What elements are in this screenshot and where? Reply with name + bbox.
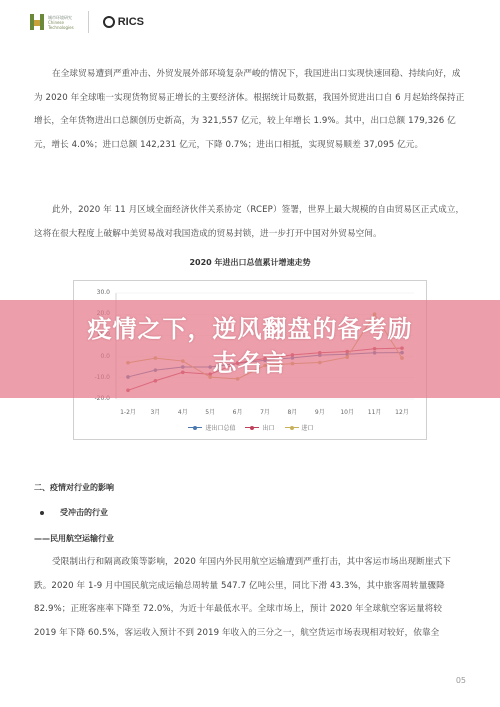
- x-tick-label: 9月: [305, 407, 335, 416]
- x-tick-label: 4月: [168, 407, 198, 416]
- legend-item: 进出口总值: [188, 423, 235, 432]
- legend-item: 出口: [245, 423, 274, 432]
- partner-logo-line3: Technologies: [48, 25, 74, 30]
- legend-item: 进口: [285, 423, 314, 432]
- x-tick-label: 10月: [332, 407, 362, 416]
- banner-title-line1: 疫情之下，逆风翻盘的备考励: [0, 312, 500, 346]
- banner-title: 疫情之下，逆风翻盘的备考励 志名言: [0, 312, 500, 380]
- x-tick-label: 11月: [360, 407, 390, 416]
- banner-title-line2: 志名言: [0, 346, 500, 380]
- bullet-icon: [40, 511, 44, 515]
- paragraph-trade-text: 在全球贸易遭到严重冲击、外贸发展外部环境复杂严峻的情况下，我国进出口实现快速回稳…: [34, 69, 464, 150]
- y-tick-label: 30.0: [80, 289, 110, 296]
- section-heading: 二、疫情对行业的影响: [34, 482, 114, 493]
- paragraph-aviation: 受限制出行和隔离政策等影响，2020 年国内外民用航空运输遭到严重打击，其中客运…: [34, 551, 466, 669]
- logo-divider: [88, 11, 89, 33]
- legend-swatch-icon: [188, 427, 202, 428]
- x-tick-label: 6月: [223, 407, 253, 416]
- partner-logo-line1: 城市环境研究: [48, 15, 74, 20]
- lion-icon: [103, 16, 115, 28]
- legend-swatch-icon: [245, 427, 259, 428]
- paragraph-aviation-text: 受限制出行和隔离政策等影响，2020 年国内外民用航空运输遭到严重打击，其中客运…: [34, 557, 451, 638]
- partner-logo: 城市环境研究 Chinese Technologies: [30, 14, 74, 30]
- rics-logo: RICS: [103, 16, 144, 28]
- page-number: 05: [456, 676, 466, 685]
- x-tick-label: 12月: [387, 407, 417, 416]
- rics-logo-text: RICS: [118, 16, 144, 28]
- bullet-text: 受冲击的行业: [60, 508, 108, 517]
- legend-label: 进口: [302, 423, 314, 432]
- paragraph-rcep-text: 此外，2020 年 11 月区域全面经济伙伴关系协定（RCEP）签署，世界上最大…: [34, 205, 464, 239]
- paragraph-trade: 在全球贸易遭到严重冲击、外贸发展外部环境复杂严峻的情况下，我国进出口实现快速回稳…: [34, 63, 466, 157]
- x-tick-label: 7月: [250, 407, 280, 416]
- paragraph-rcep: 此外，2020 年 11 月区域全面经济伙伴关系协定（RCEP）签署，世界上最大…: [34, 199, 466, 246]
- sub-heading: ——民用航空运输行业: [34, 533, 114, 544]
- legend-label: 进出口总值: [205, 423, 235, 432]
- x-tick-label: 8月: [277, 407, 307, 416]
- x-tick-label: 3月: [140, 407, 170, 416]
- document-header: 城市环境研究 Chinese Technologies RICS: [30, 8, 144, 36]
- chart-title: 2020 年进出口总值累计增速走势: [0, 257, 500, 268]
- legend-label: 出口: [262, 423, 274, 432]
- x-tick-label: 5月: [195, 407, 225, 416]
- x-tick-label: 1-2月: [113, 407, 143, 416]
- chart-legend: 进出口总值出口进口: [74, 423, 428, 432]
- partner-logo-icon: [30, 14, 44, 30]
- bullet-item: 受冲击的行业: [40, 507, 108, 518]
- legend-swatch-icon: [285, 427, 299, 428]
